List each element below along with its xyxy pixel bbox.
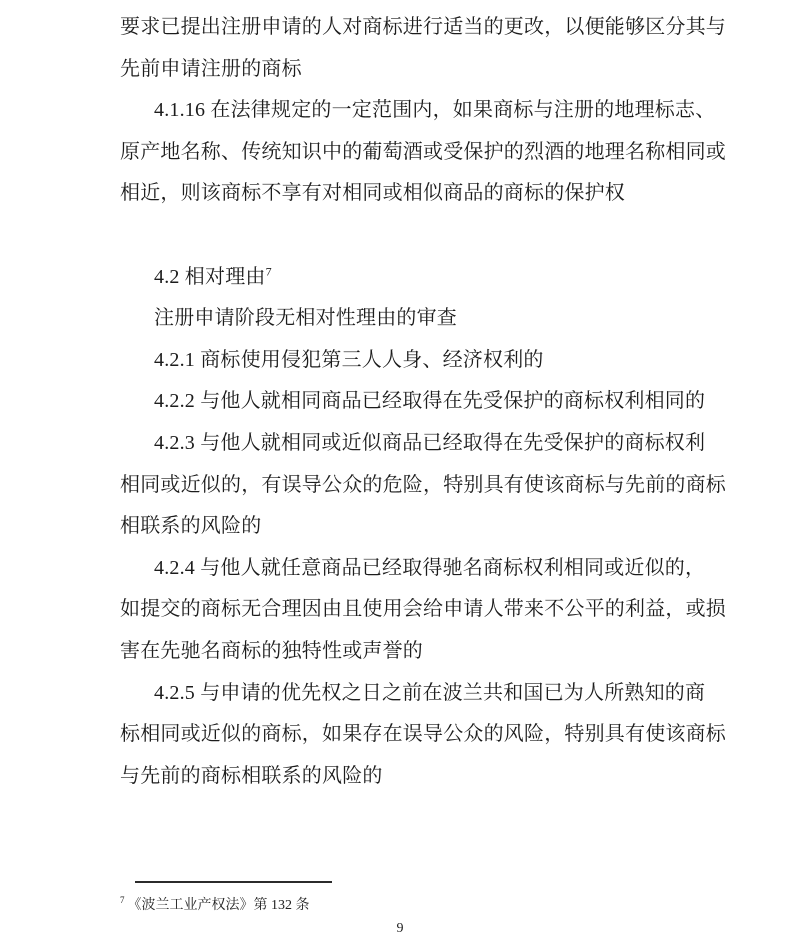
text-line: 相近，则该商标不享有对相同或相似商品的商标的保护权 — [120, 173, 684, 215]
text-line: 原产地名称、传统知识中的葡萄酒或受保护的烈酒的地理名称相同或 — [120, 132, 684, 174]
footnote-marker: 7 — [120, 895, 125, 905]
footnote-text: 《波兰工业产权法》第 132 条 — [128, 898, 310, 913]
document-page: 要求已提出注册申请的人对商标进行适当的更改，以便能够区分其与先前申请注册的商标4… — [0, 0, 800, 944]
blank-line — [120, 215, 684, 257]
text-line: 相同或近似的，有误导公众的危险，特别具有使该商标与先前的商标 — [120, 465, 684, 507]
footnote-reference: 7 — [266, 264, 272, 278]
text-line: 注册申请阶段无相对性理由的审查 — [120, 298, 684, 340]
text-line: 标相同或近似的商标，如果存在误导公众的风险，特别具有使该商标 — [120, 714, 684, 756]
text-line: 4.2.2 与他人就相同商品已经取得在先受保护的商标权利相同的 — [120, 381, 684, 423]
text-line: 4.2.4 与他人就任意商品已经取得驰名商标权利相同或近似的， — [120, 548, 684, 590]
page-number: 9 — [0, 921, 800, 937]
footnote: 7《波兰工业产权法》第 132 条 — [120, 896, 310, 916]
text-line: 先前申请注册的商标 — [120, 49, 684, 91]
text-line: 4.2.5 与申请的优先权之日之前在波兰共和国已为人所熟知的商 — [120, 673, 684, 715]
text-line: 害在先驰名商标的独特性或声誉的 — [120, 631, 684, 673]
text-line: 4.2.3 与他人就相同或近似商品已经取得在先受保护的商标权利 — [120, 423, 684, 465]
text-line: 与先前的商标相联系的风险的 — [120, 756, 684, 798]
text-line: 4.2.1 商标使用侵犯第三人人身、经济权利的 — [120, 340, 684, 382]
text-line: 相联系的风险的 — [120, 506, 684, 548]
footnote-separator — [135, 881, 332, 883]
text-line: 如提交的商标无合理因由且使用会给申请人带来不公平的利益，或损 — [120, 589, 684, 631]
text-line: 要求已提出注册申请的人对商标进行适当的更改，以便能够区分其与 — [120, 7, 684, 49]
text-line: 4.2 相对理由7 — [120, 257, 684, 299]
text-line: 4.1.16 在法律规定的一定范围内，如果商标与注册的地理标志、 — [120, 90, 684, 132]
document-lines: 要求已提出注册申请的人对商标进行适当的更改，以便能够区分其与先前申请注册的商标4… — [120, 7, 684, 797]
